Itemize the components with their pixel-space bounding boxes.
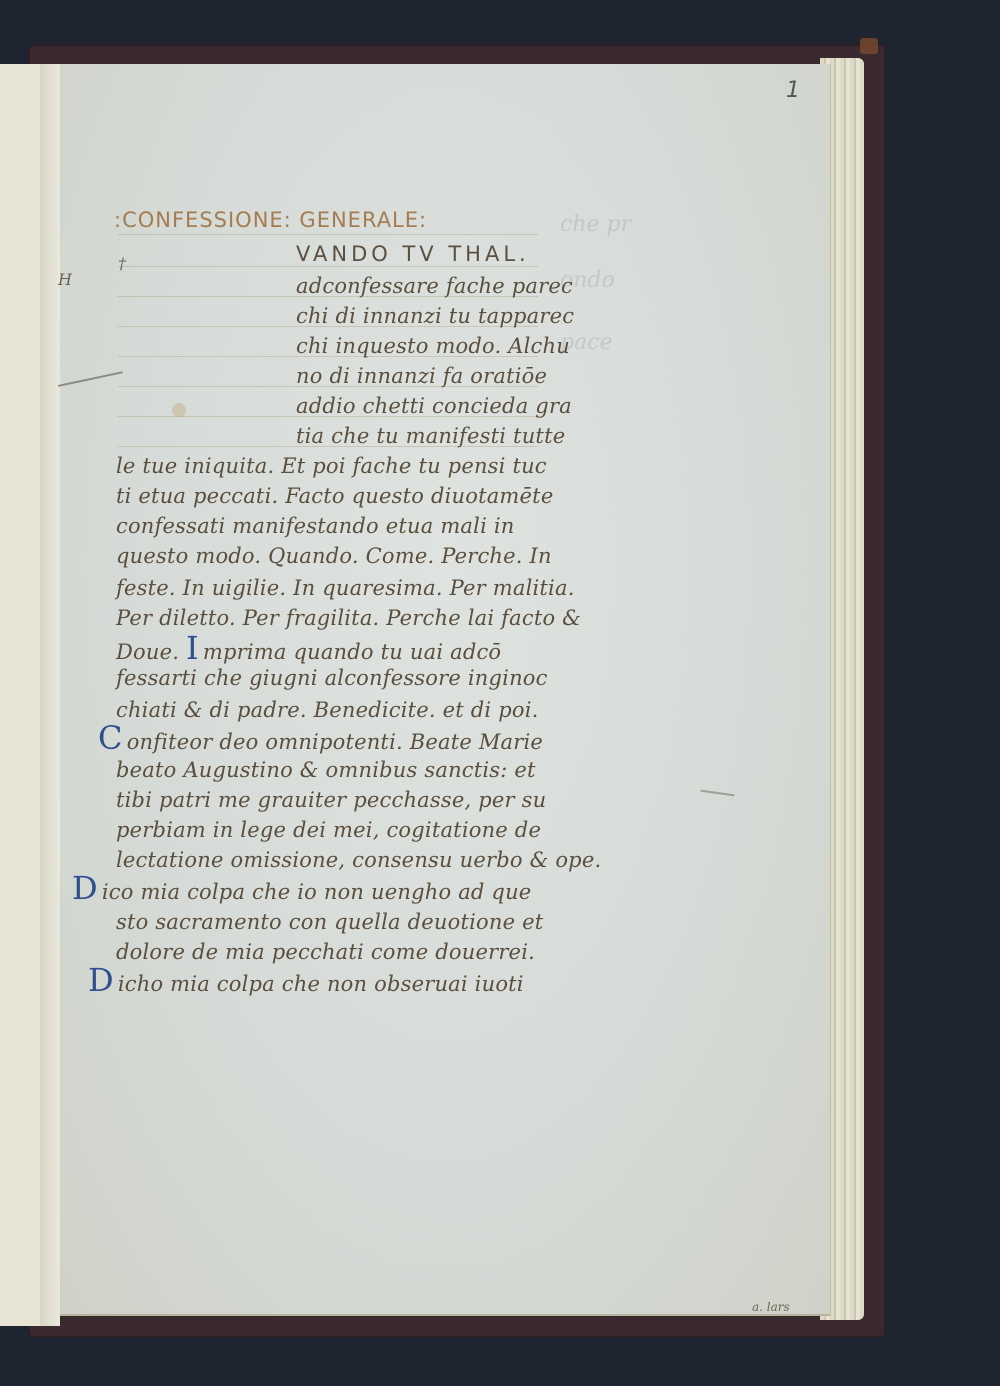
blue-initial-d: D [88,961,114,999]
text-line: le tue iniquita. Et poi fache tu pensi t… [116,454,547,478]
text-line-confiteor: Confiteor deo omnipotenti. Beate Marie [98,722,543,754]
text-line: confessati manifestando etua mali in [116,514,515,538]
text-line: dolore de mia pecchati come douerrei. [116,940,535,964]
text-line: chiati & di padre. Benedicite. et di poi… [116,698,539,722]
text-line: chi di innanzi tu tapparec [296,304,574,328]
binding-corner-wear [860,38,878,54]
shelfmark-note: a. lars [752,1300,790,1314]
text-line-dicho: Dicho mia colpa che non obseruai iuoti [88,964,524,996]
left-facing-page [0,64,42,1326]
ruling-line [118,266,538,267]
folio-number: 1 [786,78,800,103]
text-line: no di innanzi fa oratiōe [296,364,547,388]
line-rest: icho mia colpa che non obseruai iuoti [118,972,524,996]
text-line: Per diletto. Per fragilita. Perche lai f… [116,606,581,630]
text-line: chi inquesto modo. Alchu [296,334,570,358]
incipit: VANDO TV THAL. [296,242,530,266]
line-prefix: Doue. [116,640,179,664]
text-line: sto sacramento con quella deuotione et [116,910,543,934]
ruling-line [118,234,538,235]
text-line: lectatione omissione, consensu uerbo & o… [116,848,601,872]
page-gutter [40,64,60,1326]
line-rest: ico mia colpa che io non uengho ad que [102,880,532,904]
blue-initial-i: I [186,629,199,667]
rubric-heading: :CONFESSIONE: GENERALE: [114,208,427,232]
text-line: ti etua peccati. Facto questo diuotamēte [116,484,553,508]
text-line: perbiam in lege dei mei, cogitatione de [116,818,541,842]
marginal-mark: † [118,254,126,273]
text-line-with-initial: Doue. Imprima quando tu uai adcō [116,632,501,664]
text-line: fessarti che giugni alconfessore inginoc [116,666,548,690]
line-rest: mprima quando tu uai adcō [203,640,501,664]
text-line: beato Augustino & omnibus sanctis: et [116,758,536,782]
text-line: tibi patri me grauiter pecchasse, per su [116,788,546,812]
bleed-through-text: che pr [560,212,631,237]
text-line: feste. In uigilie. In quaresima. Per mal… [116,576,575,600]
marginal-mark: H [58,270,72,289]
line-rest: onfiteor deo omnipotenti. Beate Marie [127,730,543,754]
text-line-dico: Dico mia colpa che io non uengho ad que [72,872,531,904]
vellum-stain [172,403,186,417]
blue-initial-d: D [72,869,98,907]
text-line: questo modo. Quando. Come. Perche. In [116,544,552,568]
text-line: tia che tu manifesti tutte [296,424,565,448]
text-line: adconfessare fache parec [296,274,573,298]
blue-initial-c: C [98,719,123,757]
text-line: addio chetti concieda gra [296,394,572,418]
